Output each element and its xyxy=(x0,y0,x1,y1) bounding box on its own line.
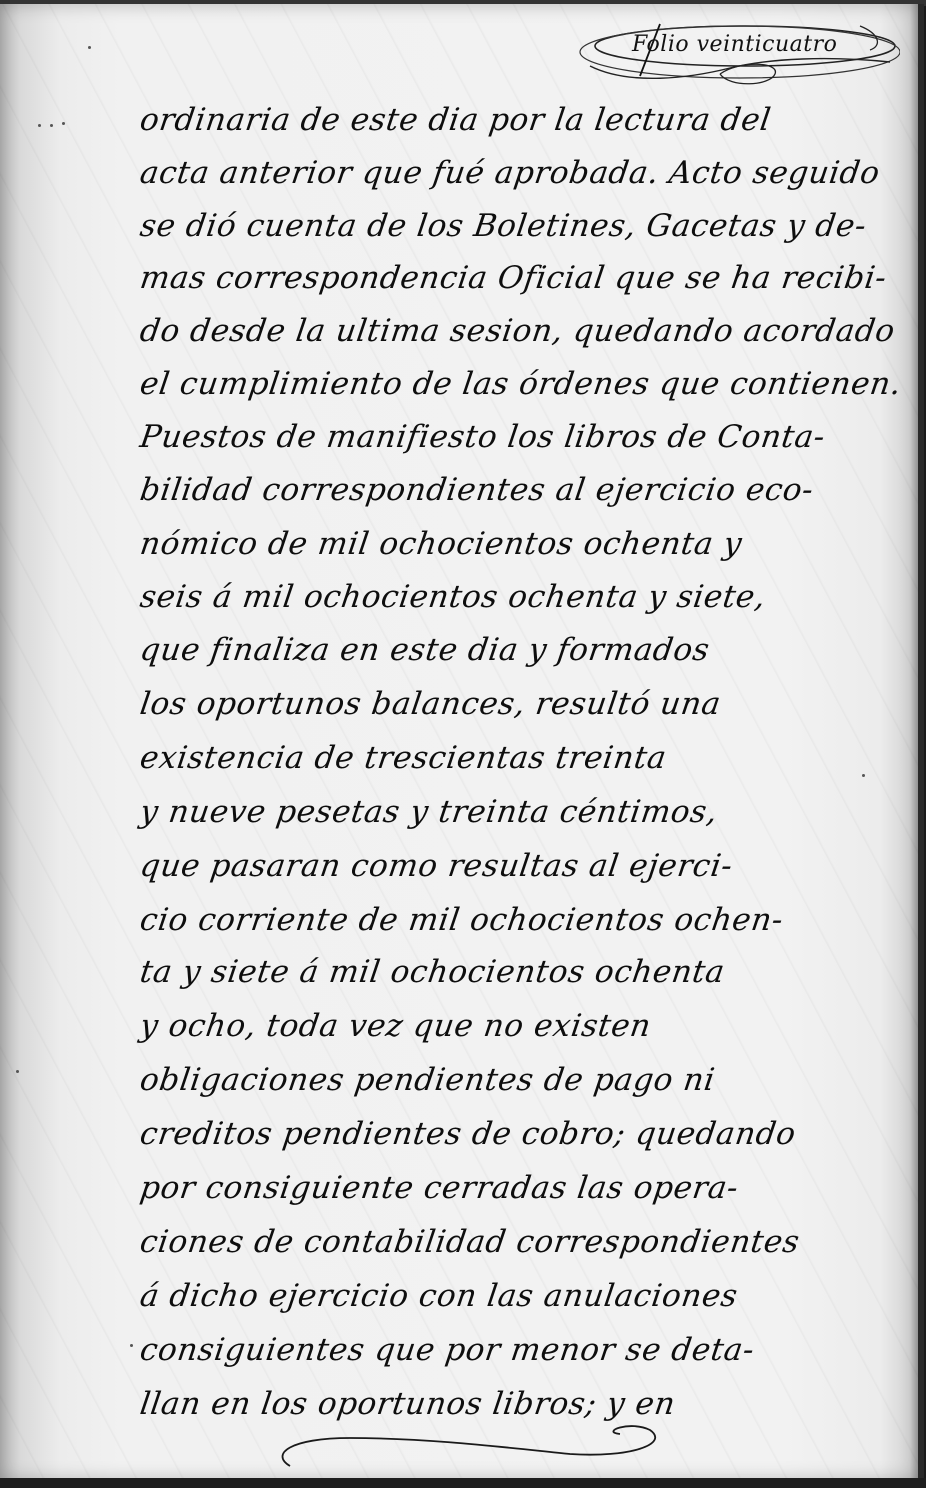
text-line: y nueve pesetas y treinta céntimos, xyxy=(137,794,720,834)
text-line: obligaciones pendientes de pago ni xyxy=(137,1062,717,1102)
closing-flourish-icon xyxy=(270,1424,670,1474)
text-line: se dió cuenta de los Boletines, Gacetas … xyxy=(137,208,869,248)
text-line: mas correspondencia Oficial que se ha re… xyxy=(137,260,889,300)
text-line: y ocho, toda vez que no existen xyxy=(137,1008,653,1048)
text-line: que pasaran como resultas al ejerci- xyxy=(137,848,735,888)
text-line: nómico de mil ochocientos ochenta y xyxy=(137,526,744,566)
text-line: á dicho ejercicio con las anulaciones xyxy=(137,1278,740,1318)
text-line: creditos pendientes de cobro; quedando xyxy=(137,1116,798,1156)
text-line: ciones de contabilidad correspondientes xyxy=(137,1224,802,1264)
text-line: que finaliza en este dia y formados xyxy=(137,632,712,672)
text-line: llan en los oportunos libros; y en xyxy=(137,1386,678,1426)
text-line: Puestos de manifiesto los libros de Cont… xyxy=(137,419,827,459)
folio-header: Folio veinticuatro xyxy=(570,16,900,86)
text-line: existencia de trescientas treinta xyxy=(137,740,669,780)
text-line: do desde la ultima sesion, quedando acor… xyxy=(137,313,897,353)
text-line: acta anterior que fué aprobada. Acto seg… xyxy=(137,155,882,195)
page-bottom-edge xyxy=(0,1478,926,1488)
text-line: bilidad correspondientes al ejercicio ec… xyxy=(137,472,816,512)
text-line: cio corriente de mil ochocientos ochen- xyxy=(137,902,785,942)
text-line: ta y siete á mil ochocientos ochenta xyxy=(137,954,727,994)
text-line: los oportunos balances, resultó una xyxy=(137,686,723,726)
text-line: por consiguiente cerradas las opera- xyxy=(137,1170,741,1210)
text-line: el cumplimiento de las órdenes que conti… xyxy=(137,366,904,406)
text-line: ordinaria de este dia por la lectura del xyxy=(137,102,773,142)
text-line: consiguientes que por menor se deta- xyxy=(137,1332,757,1372)
manuscript-page: Folio veinticuatro ordinaria de este dia… xyxy=(0,4,924,1480)
text-line: seis á mil ochocientos ochenta y siete, xyxy=(137,579,768,619)
folio-label: Folio veinticuatro xyxy=(632,32,837,57)
